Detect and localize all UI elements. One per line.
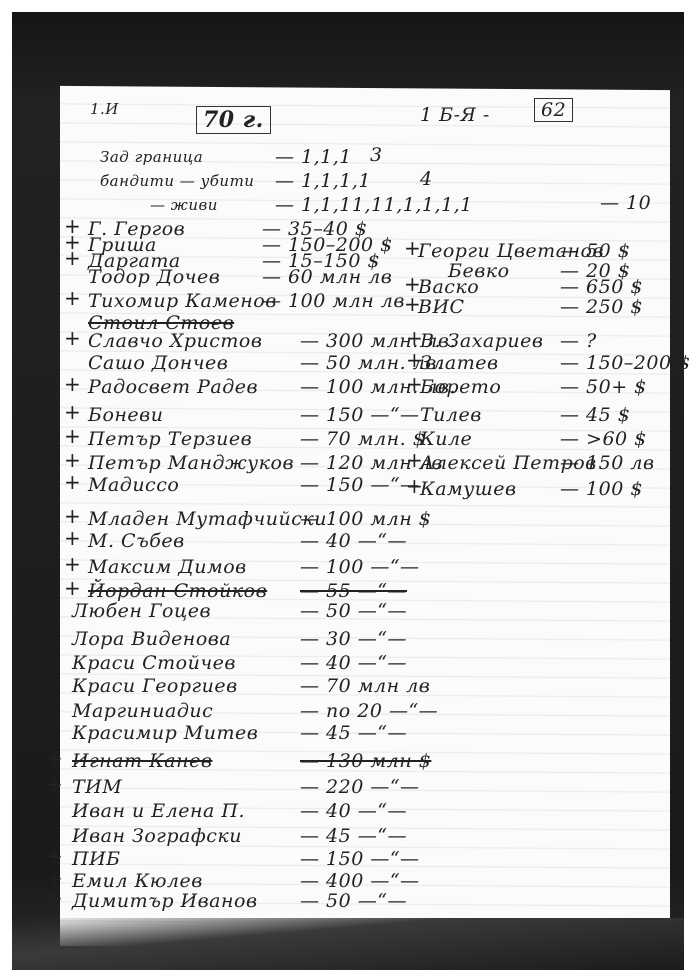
tally-total: — 10 <box>600 192 651 214</box>
entry-name: Иван и Елена П. <box>72 800 245 822</box>
entry-amount: — 70 млн лв <box>300 675 430 697</box>
entry-amount: — 50 $ <box>560 240 630 262</box>
entry-name: Златев <box>420 352 499 374</box>
tally-total: 3 <box>370 144 383 166</box>
plus-mark: + <box>64 552 81 576</box>
entry-amount: — >60 $ <box>560 428 647 450</box>
entry-name: Славчо Христов <box>88 330 262 352</box>
entry-name: Иван Зографски <box>72 825 242 847</box>
entry-amount: — 150 лв <box>560 452 655 474</box>
entry-name: Младен Мутафчийски <box>88 508 327 530</box>
plus-mark: + <box>64 372 81 396</box>
entry-name: Мадиссо <box>88 474 179 496</box>
entry-name: Емил Кюлев <box>72 870 203 892</box>
entry-name: М. Събев <box>88 530 185 552</box>
entry-name: Радосвет Радев <box>88 376 258 398</box>
entry-name: Боневи <box>88 404 163 426</box>
entry-amount: — по 20 —“— <box>300 700 438 722</box>
entry-amount: — 45 —“— <box>300 825 407 847</box>
entry-name: Краси Стойчев <box>72 652 236 674</box>
tally-label: Зад граница <box>100 148 203 166</box>
plus-mark: + <box>46 772 63 796</box>
entry-amount: — 45 —“— <box>300 722 407 744</box>
entry-name: Тодор Дочев <box>88 266 220 288</box>
entry-amount: — 150 —“— <box>300 848 420 870</box>
entry-name: Петър Манджуков <box>88 452 294 474</box>
tally-label: — живи <box>150 196 218 214</box>
entry-amount: — 40 —“— <box>300 530 407 552</box>
entry-name: ВИС <box>418 296 465 318</box>
entry-name: Лора Виденова <box>72 628 231 650</box>
entry-amount: — 100 млн $ <box>300 508 431 530</box>
plus-mark: + <box>64 526 81 550</box>
entry-amount: — 650 $ <box>560 276 643 298</box>
entry-name: Камушев <box>420 478 517 500</box>
entry-name: В. Захариев <box>420 330 543 352</box>
entry-name: Димитър Иванов <box>72 890 258 912</box>
entry-amount: — 55 —“— <box>300 580 407 602</box>
entry-name: Тилев <box>420 404 482 426</box>
plus-mark: + <box>64 246 81 270</box>
tally-total: 4 <box>420 168 433 190</box>
tally-marks: — 1,1,11,11,1,1,1,1 <box>275 194 473 216</box>
entry-amount: — 150 —“— <box>300 474 420 496</box>
entry-name: ПИБ <box>72 848 121 870</box>
entry-name: Красимир Митев <box>72 722 258 744</box>
entry-amount: — 250 $ <box>560 296 643 318</box>
entry-name: Киле <box>420 428 472 450</box>
entry-name: Маргиниадис <box>72 700 213 722</box>
entry-amount: — 40 —“— <box>300 652 407 674</box>
entry-amount: — ? <box>560 330 597 352</box>
plus-mark: + <box>64 470 81 494</box>
entry-amount: — 400 —“— <box>300 870 420 892</box>
plus-mark: + <box>46 746 63 770</box>
entry-name: ТИМ <box>72 776 122 798</box>
tally-label: бандити — убити <box>100 172 254 190</box>
entry-amount: — 220 —“— <box>300 776 420 798</box>
entry-name: Сашо Дончев <box>88 352 228 374</box>
entry-name: Краси Георгиев <box>72 675 238 697</box>
entry-name: Васко <box>418 276 479 298</box>
entry-amount: — 50+ $ <box>560 376 647 398</box>
entry-name: Петър Терзиев <box>88 428 252 450</box>
plus-mark: + <box>64 576 81 600</box>
entry-amount: — 45 $ <box>560 404 630 426</box>
entry-amount: — 100 млн лв <box>262 290 405 312</box>
plus-mark: + <box>64 448 81 472</box>
entry-amount: — 70 млн. $ <box>300 428 425 450</box>
count-box: 62 <box>534 98 573 122</box>
entry-name: Тихомир Каменов <box>88 290 277 312</box>
plus-mark: + <box>64 286 81 310</box>
entry-name: Любен Гоцев <box>72 600 211 622</box>
entry-amount: — 130 млн $ <box>300 750 431 772</box>
year-box: 70 г. <box>196 106 271 134</box>
page-ref: 1.И <box>90 100 119 118</box>
plus-mark: + <box>64 326 81 350</box>
tally-marks: — 1,1,1 <box>275 146 352 168</box>
entry-amount: — 50 —“— <box>300 890 407 912</box>
plus-mark: + <box>46 886 63 910</box>
tally-marks: — 1,1,1,1 <box>275 170 371 192</box>
entry-name: Йордан Стойков <box>88 580 267 602</box>
entry-amount: — 150 —“— <box>300 404 420 426</box>
entry-name: Максим Димов <box>88 556 247 578</box>
entry-name: Борето <box>420 376 501 398</box>
plus-mark: + <box>64 424 81 448</box>
entry-amount: — 30 —“— <box>300 628 407 650</box>
scan-shadow <box>12 918 684 970</box>
entry-amount: — 100 —“— <box>300 556 420 578</box>
entry-amount: — 40 —“— <box>300 800 407 822</box>
plus-mark: + <box>46 844 63 868</box>
plus-mark: + <box>64 400 81 424</box>
page-date: 1 Б-Я - <box>420 104 490 126</box>
entry-name: Игнат Канев <box>72 750 212 772</box>
plus-mark: + <box>64 504 81 528</box>
entry-amount: — 150–200 $ <box>560 352 691 374</box>
entry-amount: — 60 млн лв <box>262 266 392 288</box>
entry-amount: — 100 $ <box>560 478 643 500</box>
entry-amount: — 50 —“— <box>300 600 407 622</box>
